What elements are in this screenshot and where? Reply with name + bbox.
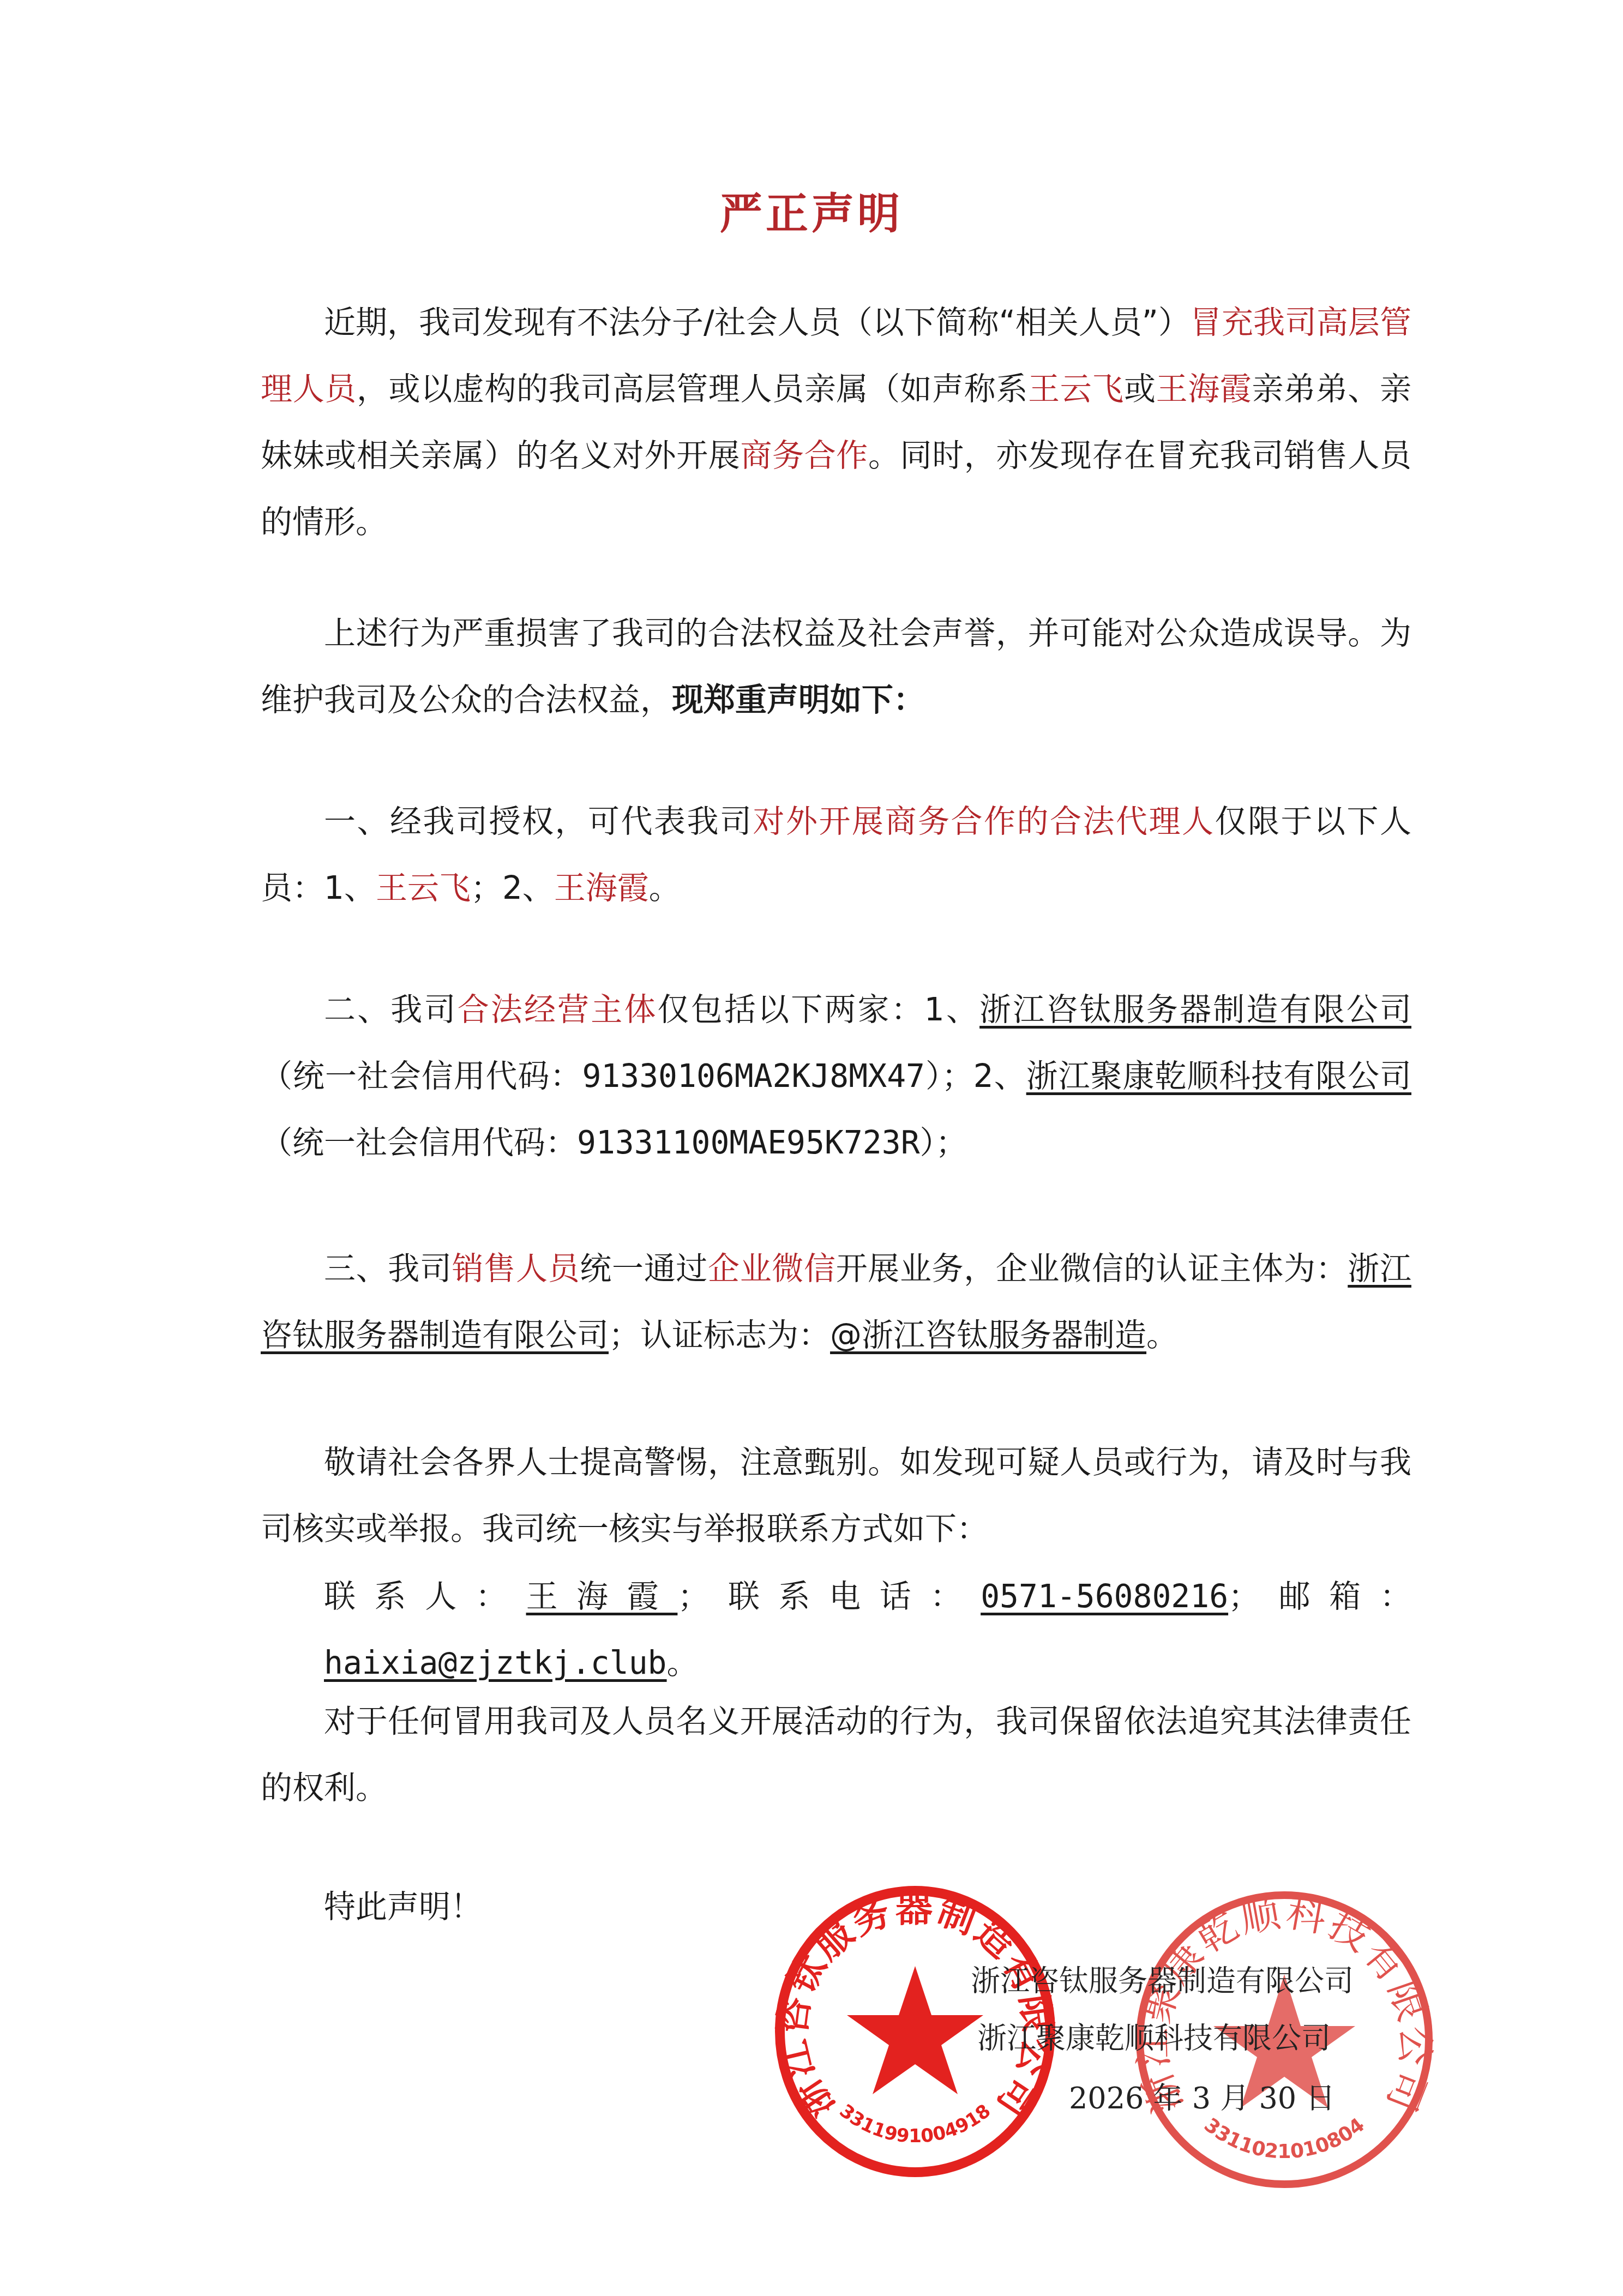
company-name-2: 浙江聚康乾顺科技有限公司 (1026, 1057, 1411, 1095)
signature-date: 2026 年 3 月 30 日 (1069, 2075, 1335, 2117)
agent-wang-haixia: 王海霞 (554, 869, 649, 906)
agent-wang-yunfei: 王云飞 (376, 869, 471, 906)
wecom-certification-mark: @浙江咨钛服务器制造 (830, 1317, 1146, 1354)
svg-text:3311991004918: 3311991004918 (835, 2100, 995, 2148)
document-page: 严正声明 近期，我司发现有不法分子/社会人员（以下简称“相关人员”）冒充我司高层… (0, 0, 1623, 2296)
page-title: 严正声明 (0, 180, 1623, 241)
paragraph-harm-statement: 上述行为严重损害了我司的合法权益及社会声誉，并可能对公众造成误导。为维护我司及公… (261, 600, 1411, 733)
highlight-name-wang-yunfei: 王云飞 (1028, 370, 1124, 407)
signature-company-2: 浙江聚康乾顺科技有限公司 (977, 2015, 1331, 2057)
clause-1-authorized-agents: 一、经我司授权，可代表我司对外开展商务合作的合法代理人仅限于以下人员：1、王云飞… (261, 788, 1411, 921)
highlight-legal-agents: 对外开展商务合作的合法代理人 (753, 803, 1215, 840)
contact-email[interactable]: haixia@zjztkj.club (324, 1644, 667, 1681)
contact-phone[interactable]: 0571-56080216 (981, 1578, 1228, 1615)
clause-3-sales-channel: 三、我司销售人员统一通过企业微信开展业务，企业微信的认证主体为：浙江咨钛服务器制… (261, 1235, 1411, 1368)
credit-code-2: 91331100MAE95K723R (577, 1124, 920, 1161)
highlight-wecom: 企业微信 (708, 1250, 836, 1287)
signature-company-1: 浙江咨钛服务器制造有限公司 (971, 1958, 1354, 2000)
highlight-business-cooperation: 商务合作 (740, 437, 868, 474)
credit-code-1: 91330106MA2KJ8MX47 (582, 1057, 925, 1095)
contact-person: 王海霞 (526, 1578, 678, 1615)
clause-2-legal-entities: 二、我司合法经营主体仅包括以下两家：1、浙江咨钛服务器制造有限公司（统一社会信用… (261, 976, 1411, 1176)
svg-text:3311021010804: 3311021010804 (1200, 2114, 1369, 2163)
highlight-sales-staff: 销售人员 (452, 1250, 580, 1287)
highlight-name-wang-haixia: 王海霞 (1156, 370, 1252, 407)
paragraph-vigilance-notice: 敬请社会各界人士提高警惕，注意甄别。如发现可疑人员或行为，请及时与我司核实或举报… (261, 1429, 1411, 1562)
highlight-legal-entities: 合法经营主体 (458, 991, 658, 1028)
company-name-1: 浙江咨钛服务器制造有限公司 (979, 991, 1411, 1028)
contact-line: 联系人：王海霞；联系电话：0571-56080216；邮箱：haixia@zjz… (261, 1563, 1411, 1696)
star-icon (847, 1966, 983, 2094)
paragraph-legal-reservation: 对于任何冒用我司及人员名义开展活动的行为，我司保留依法追究其法律责任的权利。 (261, 1688, 1411, 1821)
paragraph-impersonation-notice: 近期，我司发现有不法分子/社会人员（以下简称“相关人员”）冒充我司高层管理人员，… (261, 289, 1411, 555)
